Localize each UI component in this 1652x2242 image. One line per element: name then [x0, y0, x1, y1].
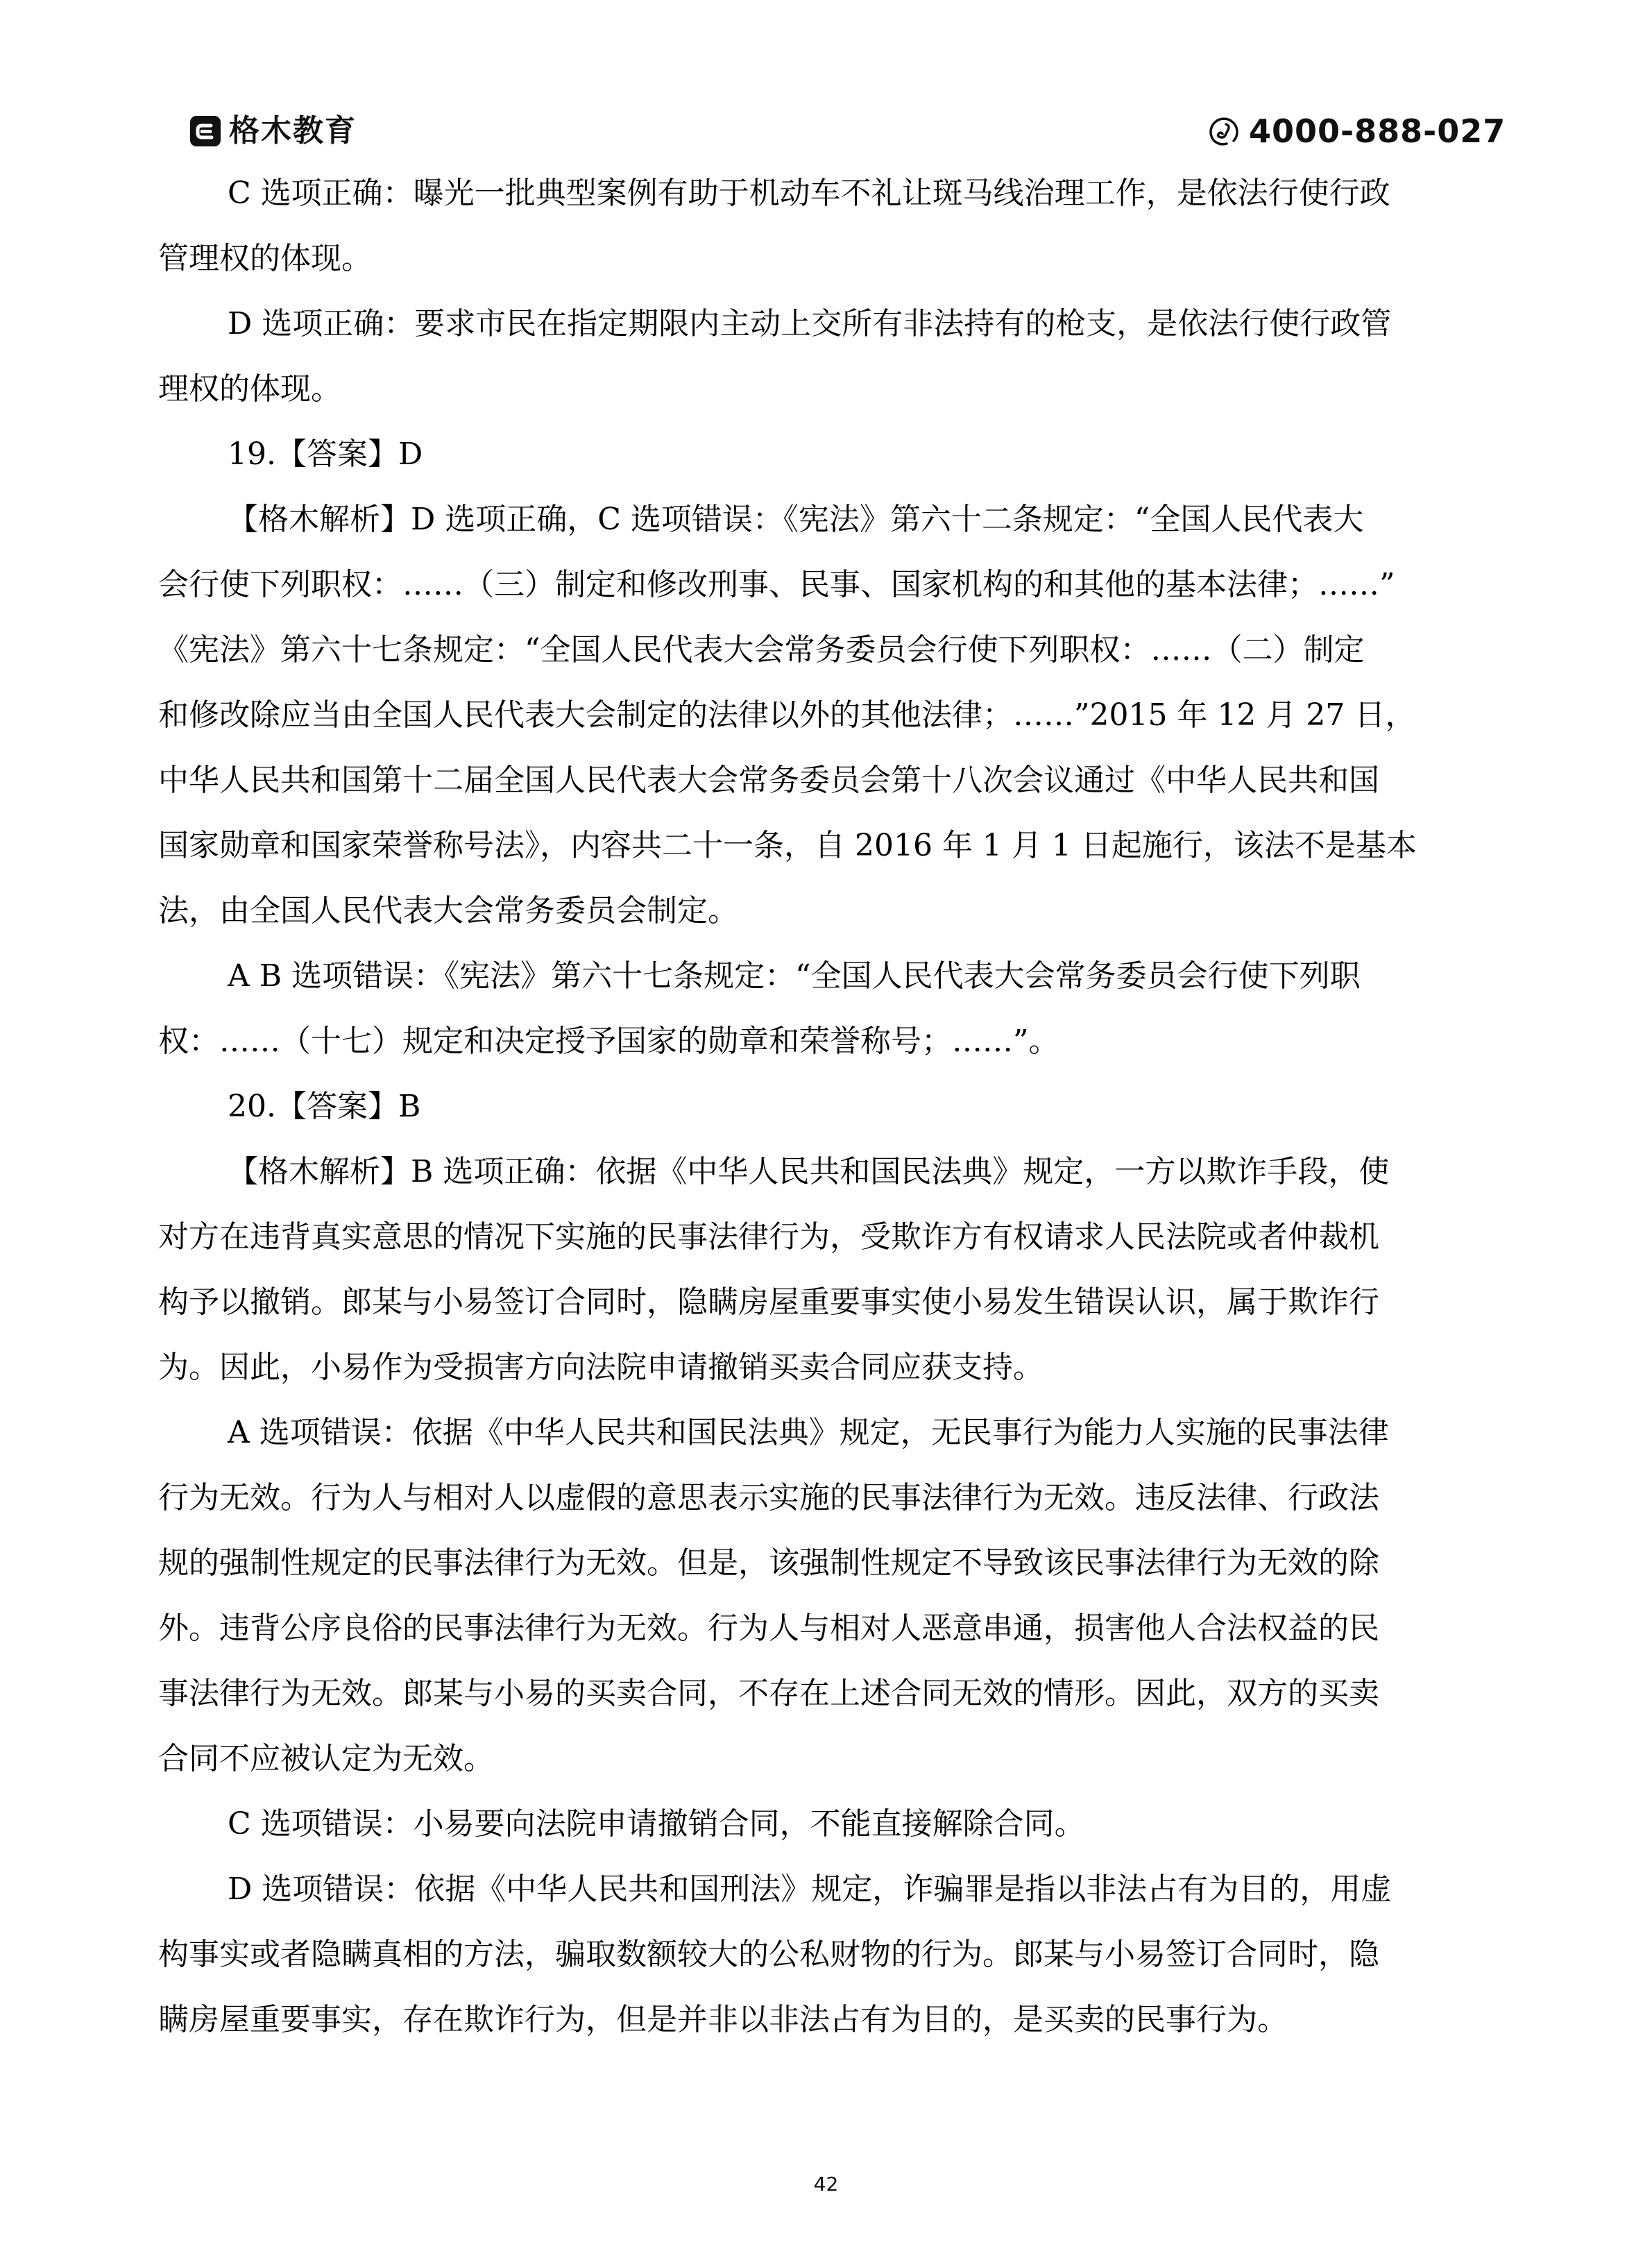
brand-e-icon [190, 116, 221, 146]
question-20-option-a: A 选项错误：依据《中华人民共和国民法典》规定，无民事行为能力人实施的民事法律 … [158, 1400, 1501, 1792]
question-19-options-ab: A B 选项错误：《宪法》第六十七条规定：“全国人民代表大会常务委员会行使下列职… [158, 944, 1501, 1074]
brand-logo: 格木教育 [190, 114, 357, 148]
page-header: 格木教育 4000-888-027 [0, 104, 1652, 160]
page-number: 42 [0, 2173, 1652, 2196]
question-19-answer: 19.【答案】D [158, 422, 1501, 487]
question-20-analysis: 【格木解析】B 选项正确：依据《中华人民共和国民法典》规定，一方以欺诈手段，使 … [158, 1139, 1501, 1400]
brand-name: 格木教育 [229, 114, 357, 148]
phone-icon [1207, 114, 1241, 148]
question-20-answer: 20.【答案】B [158, 1074, 1501, 1139]
paragraph-option-c-correct: C 选项正确：曝光一批典型案例有助于机动车不礼让斑马线治理工作，是依法行使行政 … [158, 161, 1501, 291]
document-body: C 选项正确：曝光一批典型案例有助于机动车不礼让斑马线治理工作，是依法行使行政 … [158, 161, 1501, 2053]
paragraph-option-d-correct: D 选项正确：要求市民在指定期限内主动上交所有非法持有的枪支，是依法行使行政管 … [158, 291, 1501, 422]
contact-phone: 4000-888-027 [1207, 114, 1506, 148]
question-20-option-c: C 选项错误：小易要向法院申请撤销合同，不能直接解除合同。 [158, 1792, 1501, 1857]
question-20-option-d: D 选项错误：依据《中华人民共和国刑法》规定，诈骗罪是指以非法占有为目的，用虚 … [158, 1857, 1501, 2053]
phone-number: 4000-888-027 [1249, 114, 1506, 148]
question-19-analysis: 【格木解析】D 选项正确，C 选项错误：《宪法》第六十二条规定：“全国人民代表大… [158, 487, 1501, 944]
